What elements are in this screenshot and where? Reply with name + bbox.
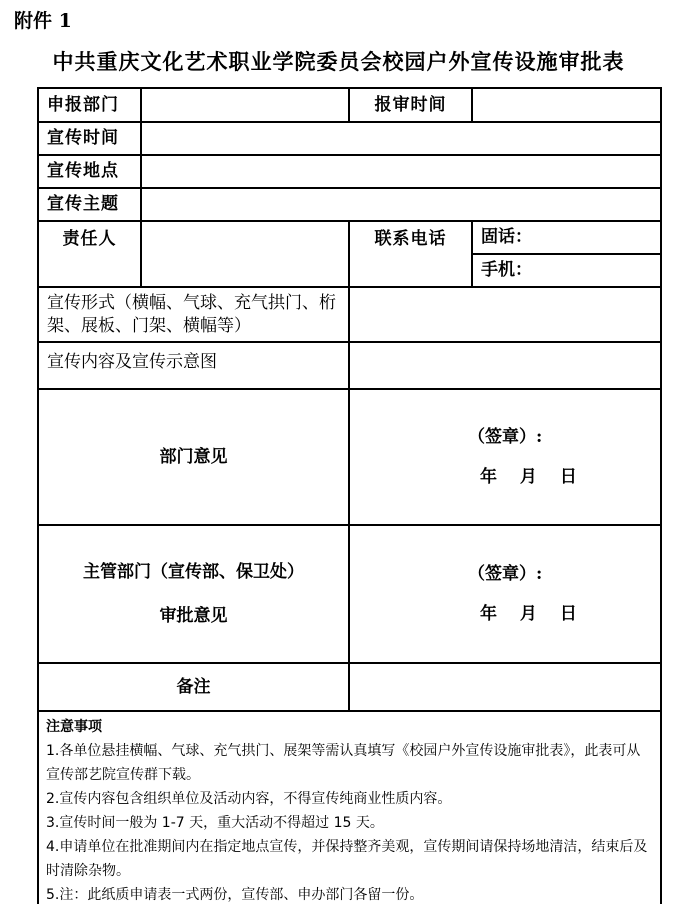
supervisor-signature-label: （签章）: [468, 554, 660, 594]
note-item: 2.宣传内容包含组织单位及活动内容，不得宣传纯商业性质内容。 [46, 787, 654, 811]
supervisor-label-line2: 审批意见 [39, 594, 348, 638]
form-title: 中共重庆文化艺术职业学院委员会校园户外宣传设施审批表 [0, 46, 677, 76]
dept-signature-label: （签章）: [468, 417, 660, 457]
supervisor-opinion-field[interactable]: （签章）: 年 月 日 [349, 525, 661, 663]
supervisor-date-label: 年 月 日 [468, 594, 660, 634]
apply-dept-field[interactable] [141, 88, 349, 122]
dept-opinion-label: 部门意见 [38, 389, 349, 525]
supervisor-label-line1: 主管部门（宣传部、保卫处） [39, 550, 348, 594]
responsible-field[interactable] [141, 221, 349, 287]
dept-opinion-field[interactable]: （签章）: 年 月 日 [349, 389, 661, 525]
promo-form-label: 宣传形式（横幅、气球、充气拱门、桁架、展板、门架、横幅等） [38, 287, 349, 342]
attachment-label: 附件 1 [14, 6, 72, 33]
promo-time-field[interactable] [141, 122, 661, 155]
mobile-field[interactable]: 手机： [472, 254, 661, 287]
notes-heading: 注意事项 [46, 715, 654, 739]
note-item: 3.宣传时间一般为 1-7 天，重大活动不得超过 15 天。 [46, 811, 654, 835]
note-item: 1.各单位悬挂横幅、气球、充气拱门、展架等需认真填写《校园户外宣传设施审批表》，… [46, 739, 654, 787]
submit-time-label: 报审时间 [349, 88, 472, 122]
promo-place-label: 宣传地点 [38, 155, 141, 188]
contact-label: 联系电话 [349, 221, 472, 287]
note-item: 5.注：此纸质申请表一式两份，宣传部、申办部门各留一份。 [46, 883, 654, 904]
apply-dept-label: 申报部门 [38, 88, 141, 122]
remarks-label: 备注 [38, 663, 349, 711]
supervisor-opinion-label: 主管部门（宣传部、保卫处） 审批意见 [38, 525, 349, 663]
promo-time-label: 宣传时间 [38, 122, 141, 155]
promo-place-field[interactable] [141, 155, 661, 188]
approval-form-table: 申报部门 报审时间 宣传时间 宣传地点 宣传主题 责任人 联系电话 固话： 手机… [37, 87, 662, 904]
responsible-label: 责任人 [38, 221, 141, 287]
remarks-field[interactable] [349, 663, 661, 711]
note-item: 4.申请单位在批准期间内在指定地点宣传，并保持整齐美观，宣传期间请保持场地清洁，… [46, 835, 654, 883]
notes-section: 注意事项 1.各单位悬挂横幅、气球、充气拱门、展架等需认真填写《校园户外宣传设施… [38, 711, 661, 904]
promo-content-label: 宣传内容及宣传示意图 [38, 342, 349, 389]
landline-field[interactable]: 固话： [472, 221, 661, 254]
submit-time-field[interactable] [472, 88, 661, 122]
promo-theme-field[interactable] [141, 188, 661, 221]
promo-content-field[interactable] [349, 342, 661, 389]
promo-theme-label: 宣传主题 [38, 188, 141, 221]
dept-date-label: 年 月 日 [468, 457, 660, 497]
promo-form-field[interactable] [349, 287, 661, 342]
